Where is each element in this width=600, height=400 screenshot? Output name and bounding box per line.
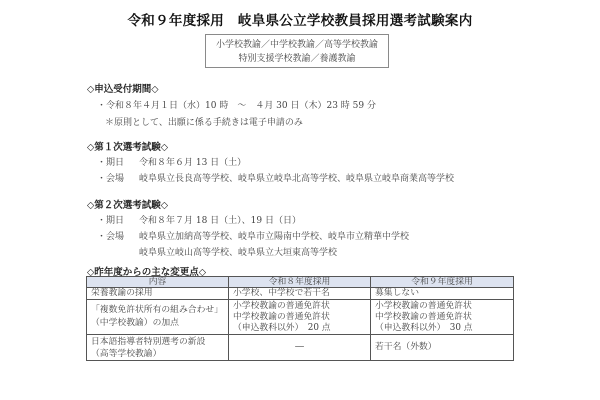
row-r9: 若干名（外数）: [371, 335, 514, 361]
row-r8: ―: [229, 335, 371, 361]
changes-table: 内容 令和８年度採用 令和９年度採用 栄養教諭の採用 小学校、中学校で若干名 募…: [86, 276, 514, 361]
second-exam-date-label: ・期日: [97, 213, 124, 226]
page-title: 令和９年度採用 岐阜県公立学校教員採用選考試験案内: [0, 9, 600, 29]
second-exam-date: 令和８年７月 18 日（土）、19 日（日）: [139, 213, 301, 226]
application-period: ・令和８年４月１日（水）10 時 ～ ４月 30 日（木）23 時 59 分: [97, 98, 376, 111]
row-r8: 小学校、中学校で若干名: [229, 288, 371, 300]
header-r8: 令和８年度採用: [229, 277, 371, 288]
second-exam-venue-line-2: 岐阜県立岐山高等学校、岐阜県立大垣東高等学校: [139, 245, 337, 258]
row-r9: 募集しない: [371, 288, 514, 300]
table-row: 栄養教諭の採用 小学校、中学校で若干名 募集しない: [87, 288, 514, 300]
subjects-box: 小学校教諭／中学校教諭／高等学校教諭 特別支援学校教諭／養護教諭: [205, 34, 389, 68]
header-r9: 令和９年度採用: [371, 277, 514, 288]
row-r8: 小学校教諭の普通免許状 中学校教諭の普通免許状 （申込教科以外） 20 点: [229, 300, 371, 335]
first-exam-venue-label: ・会場: [97, 171, 124, 184]
application-note: ＊原則として、出願に係る手続きは電子申請のみ: [105, 115, 303, 128]
header-content: 内容: [87, 277, 229, 288]
row-content: 日本語指導者特別選考の新設 （高等学校教諭）: [87, 335, 229, 361]
subjects-line-2: 特別支援学校教諭／養護教諭: [206, 52, 388, 66]
second-exam-venue-label: ・会場: [97, 229, 124, 242]
row-content: 「複数免許状所有の組み合わせ」 （中学校教諭）の加点: [87, 300, 229, 335]
first-exam-venue: 岐阜県立長良高等学校、岐阜県立岐阜北高等学校、岐阜県立岐阜商業高等学校: [139, 171, 454, 184]
second-exam-heading: ◇第２次選考試験◇: [87, 197, 168, 211]
subjects-line-1: 小学校教諭／中学校教諭／高等学校教諭: [206, 38, 388, 52]
table-row: 日本語指導者特別選考の新設 （高等学校教諭） ― 若干名（外数）: [87, 335, 514, 361]
row-content: 栄養教諭の採用: [87, 288, 229, 300]
second-exam-venue-line-1: 岐阜県立加納高等学校、岐阜市立陽南中学校、岐阜市立精華中学校: [139, 229, 409, 242]
first-exam-heading: ◇第１次選考試験◇: [87, 139, 168, 153]
application-heading: ◇申込受付期間◇: [87, 81, 159, 95]
table-row: 「複数免許状所有の組み合わせ」 （中学校教諭）の加点 小学校教諭の普通免許状 中…: [87, 300, 514, 335]
table-header-row: 内容 令和８年度採用 令和９年度採用: [87, 277, 514, 288]
first-exam-date-label: ・期日: [97, 155, 124, 168]
row-r9: 小学校教諭の普通免許状 中学校教諭の普通免許状 （申込教科以外） 30 点: [371, 300, 514, 335]
first-exam-date: 令和８年６月 13 日（土）: [139, 155, 246, 168]
